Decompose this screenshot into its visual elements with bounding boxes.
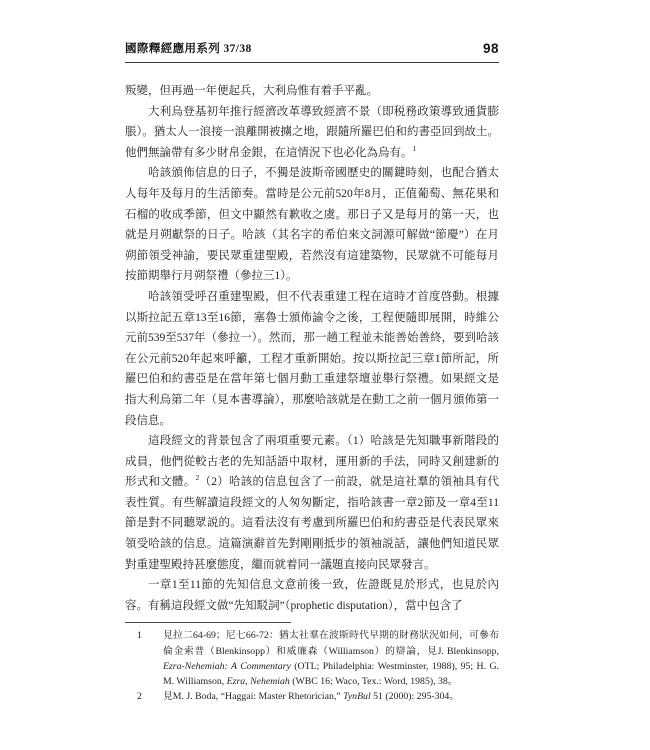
page-number: 98 bbox=[483, 41, 499, 56]
paragraph: 這段經文的背景包含了兩項重要元素。（1）哈該是先知職事新階段的成員，他們從較古老… bbox=[125, 431, 499, 575]
paragraph: 叛變，但再過一年便起兵，大利烏惟有着手平亂。 bbox=[125, 81, 499, 102]
italic-title: TynBul bbox=[343, 691, 371, 702]
footnote-item: 2見M. J. Boda, “Haggai: Master Rhetoricia… bbox=[125, 689, 499, 704]
footnote-ref: 2 bbox=[196, 473, 200, 482]
footnotes: 1見拉二64-69；尼七66-72：猶太社羣在波斯時代早期的財務狀況如何，可參布… bbox=[125, 628, 499, 704]
footnote-number: 2 bbox=[125, 689, 163, 704]
book-page: 國際釋經應用系列 37/38 98 叛變，但再過一年便起兵，大利烏惟有着手平亂。… bbox=[0, 0, 650, 750]
footnote-item: 1見拉二64-69；尼七66-72：猶太社羣在波斯時代早期的財務狀況如何，可參布… bbox=[125, 628, 499, 689]
paragraph: 一章1至11節的先知信息文意前後一致，佐證既見於形式，也見於內容。有稱這段經文做… bbox=[125, 575, 499, 616]
italic-title: Ezra, Nehemiah bbox=[227, 676, 290, 687]
paragraph: 哈該頒佈信息的日子，不獨是波斯帝國歷史的關鍵時刻，也配合猶太人每年及每月的生活節… bbox=[125, 163, 499, 287]
footnote-text: 見拉二64-69；尼七66-72：猶太社羣在波斯時代早期的財務狀況如何，可參布倫… bbox=[163, 628, 499, 689]
footnote-text: 見M. J. Boda, “Haggai: Master Rhetorician… bbox=[163, 689, 499, 704]
body-paragraphs: 叛變，但再過一年便起兵，大利烏惟有着手平亂。大利烏登基初年推行經濟改革導致經濟不… bbox=[125, 81, 499, 616]
page-content: 國際釋經應用系列 37/38 98 叛變，但再過一年便起兵，大利烏惟有着手平亂。… bbox=[125, 40, 499, 704]
italic-title: Ezra-Nehemiah: A Commentary bbox=[163, 661, 291, 672]
page-header: 國際釋經應用系列 37/38 98 bbox=[125, 40, 499, 63]
footnote-number: 1 bbox=[125, 628, 163, 689]
footnote-separator bbox=[125, 622, 291, 623]
series-title: 國際釋經應用系列 37/38 bbox=[125, 40, 252, 56]
footnote-ref: 1 bbox=[413, 144, 417, 153]
paragraph: 大利烏登基初年推行經濟改革導致經濟不景（即税務政策導致通貨膨脹）。猶太人一浪接一… bbox=[125, 102, 499, 164]
paragraph: 哈該領受呼召重建聖殿，但不代表重建工程在這時才首度啓動。根據以斯拉記五章13至1… bbox=[125, 287, 499, 431]
